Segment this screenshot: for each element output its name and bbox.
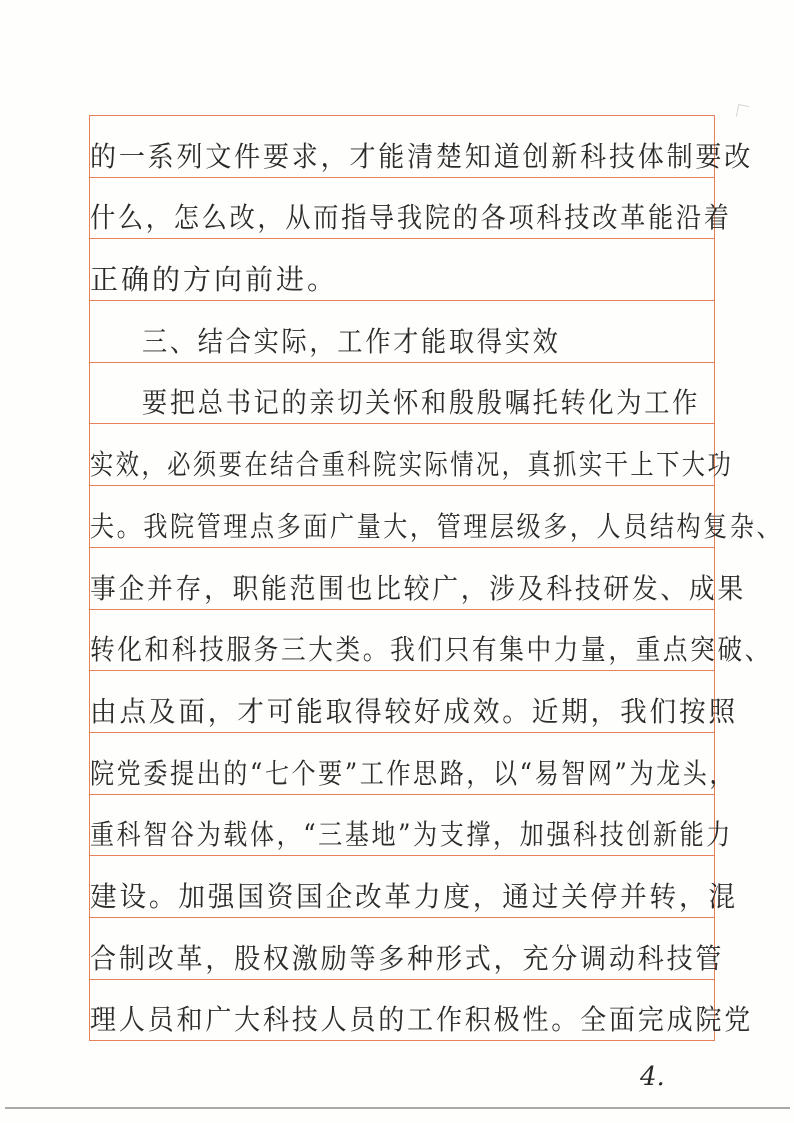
ruled-line-14: 合制改革，股权激励等多种形式，充分调动科技管 [90, 918, 714, 980]
handwritten-line: 建设。加强国资国企改革力度，通过关停并转，混 [90, 883, 738, 911]
handwritten-line: 理人员和广大科技人员的工作积极性。全面完成院党 [90, 1006, 753, 1034]
handwritten-line: 合制改革，股权激励等多种形式，充分调动科技管 [90, 945, 724, 973]
handwritten-line: 转化和科技服务三大类。我们只有集中力量，重点突破、 [90, 636, 772, 664]
section-heading: 三、结合实际，工作才能取得实效 [142, 328, 561, 356]
ruled-line-10: 由点及面，才可能取得较好成效。近期，我们按照 [90, 671, 714, 733]
handwritten-line: 夫。我院管理点多面广量大，管理层级多，人员结构复杂、 [90, 513, 783, 541]
handwritten-line: 什么，怎么改，从而指导我院的各项科技改革能沿着 [90, 204, 732, 232]
ruled-line-11: 院党委提出的“七个要”工作思路，以“易智网”为龙头， [90, 733, 714, 795]
handwritten-line: 的一系列文件要求，才能清楚知道创新科技体制要改 [90, 143, 753, 171]
ruled-line-4: 三、结合实际，工作才能取得实效 [90, 301, 714, 363]
handwritten-line: 重科智谷为载体，“三基地”为支撑，加强科技创新能力 [90, 821, 733, 849]
page-number: 4. [640, 1062, 665, 1092]
ruled-line-9: 转化和科技服务三大类。我们只有集中力量，重点突破、 [90, 610, 714, 672]
scan-corner-mark [736, 104, 749, 119]
ruled-line-12: 重科智谷为载体，“三基地”为支撑，加强科技创新能力 [90, 795, 714, 857]
ruled-line-13: 建设。加强国资国企改革力度，通过关停并转，混 [90, 856, 714, 918]
ruled-line-1: 的一系列文件要求，才能清楚知道创新科技体制要改 [90, 116, 714, 178]
handwritten-line: 院党委提出的“七个要”工作思路，以“易智网”为龙头， [90, 760, 736, 788]
ruled-line-6: 实效，必须要在结合重科院实际情况，真抓实干上下大功 [90, 425, 714, 487]
handwritten-line: 正确的方向前进。 [90, 266, 338, 294]
manuscript-page: 的一系列文件要求，才能清楚知道创新科技体制要改 什么，怎么改，从而指导我院的各项… [0, 0, 794, 1123]
ruled-writing-area: 的一系列文件要求，才能清楚知道创新科技体制要改 什么，怎么改，从而指导我院的各项… [89, 115, 715, 1041]
ruled-line-2: 什么，怎么改，从而指导我院的各项科技改革能沿着 [90, 178, 714, 240]
ruled-line-3: 正确的方向前进。 [90, 239, 714, 301]
ruled-line-7: 夫。我院管理点多面广量大，管理层级多，人员结构复杂、 [90, 486, 714, 548]
ruled-line-8: 事企并存，职能范围也比较广，涉及科技研发、成果 [90, 548, 714, 610]
ruled-line-15: 理人员和广大科技人员的工作积极性。全面完成院党 [90, 980, 714, 1040]
ruled-line-5: 要把总书记的亲切关怀和殷殷嘱托转化为工作 [90, 363, 714, 425]
handwritten-line: 实效，必须要在结合重科院实际情况，真抓实干上下大功 [90, 451, 733, 479]
scan-bottom-edge [5, 1107, 790, 1109]
handwritten-line: 由点及面，才可能取得较好成效。近期，我们按照 [90, 698, 738, 726]
handwritten-line: 要把总书记的亲切关怀和殷殷嘱托转化为工作 [142, 389, 700, 417]
handwritten-line: 事企并存，职能范围也比较广，涉及科技研发、成果 [90, 575, 746, 603]
